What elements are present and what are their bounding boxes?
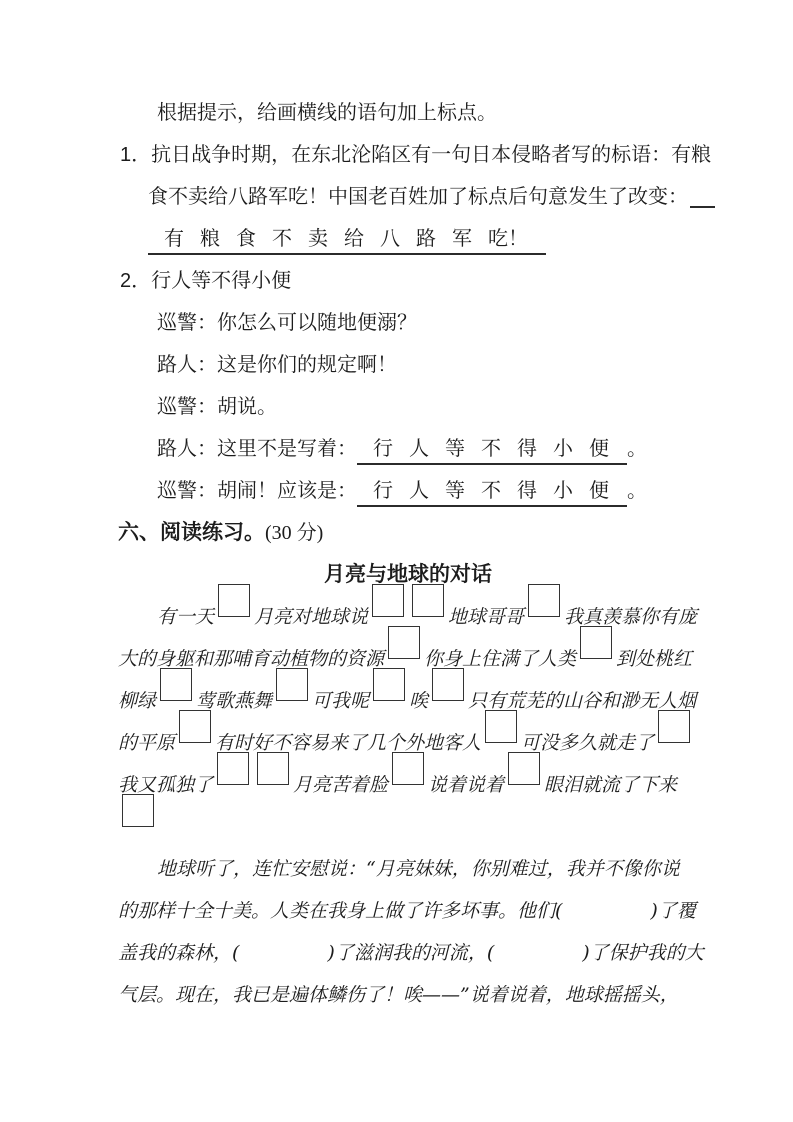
- section-label: 六、阅读练习。: [118, 521, 265, 544]
- passage-text: )了覆: [650, 900, 695, 922]
- passage-text: 眼泪就流了下来: [544, 774, 677, 796]
- answer-char: 等: [445, 428, 465, 470]
- answer-char: 小: [553, 470, 573, 512]
- page-content: 根据提示，给画横线的语句加上标点。 1．抗日战争时期，在东北沦陷区有一句日本侵略…: [118, 92, 698, 1016]
- paragraph-line: 气层。现在，我已是遍体鳞伤了！唉——”说着说着，地球摇摇头，: [118, 974, 698, 1016]
- answer-char: 粮: [200, 218, 220, 260]
- passage-text: 大的身躯和那哺育动植物的资源: [118, 648, 384, 670]
- section-score: (30 分): [265, 522, 323, 544]
- answer-char: 得: [517, 470, 537, 512]
- passage-text: 的平原: [118, 732, 175, 754]
- punctuation-box: [528, 584, 560, 617]
- passage-text: )了保护我的大: [582, 942, 703, 964]
- punctuation-box: [160, 668, 192, 701]
- passage-text: 有时好不容易来了几个外地客人: [215, 732, 481, 754]
- passage-text: 地球听了，连忙安慰说：“月亮妹妹，你别难过，我并不像你说: [157, 858, 680, 880]
- punctuation-box: [122, 794, 154, 827]
- answer-char: 便: [589, 470, 609, 512]
- passage-text: 有一天: [157, 606, 214, 628]
- passage-text: 的那样十全十美。人类在我身上做了许多坏事。他们(: [118, 900, 562, 922]
- section-header: 六、阅读练习。(30 分): [118, 512, 698, 554]
- dialog-5-prefix: 巡警：胡闹！应该是：: [157, 480, 357, 502]
- passage-text: 我又孤独了: [118, 774, 213, 796]
- passage-text: )了滋润我的河流，(: [327, 942, 494, 964]
- punctuation-box: [658, 710, 690, 743]
- answer-char: 行: [373, 470, 393, 512]
- answer-char: 得: [517, 428, 537, 470]
- punctuation-box: [580, 626, 612, 659]
- passage-line: 大的身躯和那哺育动植物的资源你身上住满了人类到处桃红: [118, 638, 698, 680]
- punctuation-box: [276, 668, 308, 701]
- question-1-number: 1．: [120, 144, 151, 166]
- passage-line: 我又孤独了月亮苦着脸说着说着眼泪就流了下来: [118, 764, 698, 806]
- question-1-line-1: 1．抗日战争时期，在东北沦陷区有一句日本侵略者写的标语：有粮: [118, 134, 698, 176]
- paragraph-line: 盖我的森林，()了滋润我的河流，()了保护我的大: [118, 932, 698, 974]
- dialog-line-5: 巡警：胡闹！应该是：行人等不得小便。: [118, 470, 698, 512]
- answer-underline: 有粮食不卖给八路军吃！: [148, 228, 546, 255]
- question-1-line-2: 食不卖给八路军吃！中国老百姓加了标点后句意发生了改变：: [118, 176, 698, 218]
- dialog-4-prefix: 路人：这里不是写着：: [157, 438, 357, 460]
- answer-char: 便: [589, 428, 609, 470]
- answer-char: 卖: [308, 218, 328, 260]
- question-1-text: 抗日战争时期，在东北沦陷区有一句日本侵略者写的标语：有粮: [151, 144, 711, 166]
- dialog-line-3: 巡警：胡说。: [118, 386, 698, 428]
- question-1-answer-line: 有粮食不卖给八路军吃！: [118, 218, 698, 260]
- punctuation-box: [485, 710, 517, 743]
- punctuation-box: [217, 752, 249, 785]
- dialog-5-suffix: 。: [627, 480, 647, 502]
- dialog-line-1: 巡警：你怎么可以随地便溺？: [118, 302, 698, 344]
- passage-text: 说着说着: [428, 774, 504, 796]
- punctuation-box: [392, 752, 424, 785]
- passage-text: 可没多久就走了: [521, 732, 654, 754]
- passage-text: 盖我的森林，(: [118, 942, 239, 964]
- punctuation-box: [179, 710, 211, 743]
- punctuation-box: [412, 584, 444, 617]
- paragraph-line: 的那样十全十美。人类在我身上做了许多坏事。他们()了覆: [118, 890, 698, 932]
- punctuation-box: [388, 626, 420, 659]
- punctuation-box: [432, 668, 464, 701]
- passage-text: 唉: [409, 690, 428, 712]
- question-1-text-continued: 食不卖给八路军吃！中国老百姓加了标点后句意发生了改变：: [148, 186, 688, 208]
- passage-text: 到处桃红: [616, 648, 692, 670]
- passage-text: 莺歌燕舞: [196, 690, 272, 712]
- answer-char: 行: [373, 428, 393, 470]
- answer-char: 八: [380, 218, 400, 260]
- passage-text: 月亮苦着脸: [293, 774, 388, 796]
- dialog-line-2: 路人：这是你们的规定啊！: [118, 344, 698, 386]
- passage-title-line: 月亮与地球的对话: [118, 554, 698, 596]
- passage-text: 你身上住满了人类: [424, 648, 576, 670]
- passage-text: 可我呢: [312, 690, 369, 712]
- punctuation-box: [257, 752, 289, 785]
- instruction-line: 根据提示，给画横线的语句加上标点。: [118, 92, 698, 134]
- punctuation-box: [508, 752, 540, 785]
- answer-char: 吃！: [488, 218, 528, 260]
- blank-underline: [690, 194, 715, 208]
- answer-char: 路: [416, 218, 436, 260]
- answer-char: 人: [409, 470, 429, 512]
- dialog-line-4: 路人：这里不是写着：行人等不得小便。: [118, 428, 698, 470]
- passage-text: 我真羡慕你有庞: [564, 606, 697, 628]
- answer-underline: 行人等不得小便: [357, 438, 627, 465]
- passage-text: 月亮对地球说: [254, 606, 368, 628]
- paragraph-line: 地球听了，连忙安慰说：“月亮妹妹，你别难过，我并不像你说: [118, 848, 698, 890]
- question-2-line: 2．行人等不得小便: [118, 260, 698, 302]
- dialog-4-suffix: 。: [627, 438, 647, 460]
- question-2-number: 2．: [120, 270, 151, 292]
- passage-line: [118, 806, 698, 848]
- answer-char: 等: [445, 470, 465, 512]
- answer-char: 不: [481, 470, 501, 512]
- passage-text: 只有荒芜的山谷和渺无人烟: [468, 690, 696, 712]
- punctuation-box: [373, 668, 405, 701]
- passage-title: 月亮与地球的对话: [324, 563, 492, 586]
- passage-text: 气层。现在，我已是遍体鳞伤了！唉——”说着说着，地球摇摇头，: [118, 984, 679, 1006]
- punctuation-box: [218, 584, 250, 617]
- answer-char: 军: [452, 218, 472, 260]
- answer-char: 小: [553, 428, 573, 470]
- answer-char: 给: [344, 218, 364, 260]
- punctuation-box: [372, 584, 404, 617]
- question-2-text: 行人等不得小便: [151, 270, 291, 292]
- answer-char: 食: [236, 218, 256, 260]
- answer-char: 不: [481, 428, 501, 470]
- answer-underline: 行人等不得小便: [357, 480, 627, 507]
- passage-text: 地球哥哥: [448, 606, 524, 628]
- answer-char: 有: [164, 218, 184, 260]
- answer-char: 人: [409, 428, 429, 470]
- test-paper-page: 根据提示，给画横线的语句加上标点。 1．抗日战争时期，在东北沦陷区有一句日本侵略…: [0, 0, 793, 1122]
- answer-char: 不: [272, 218, 292, 260]
- passage-text: 柳绿: [118, 690, 156, 712]
